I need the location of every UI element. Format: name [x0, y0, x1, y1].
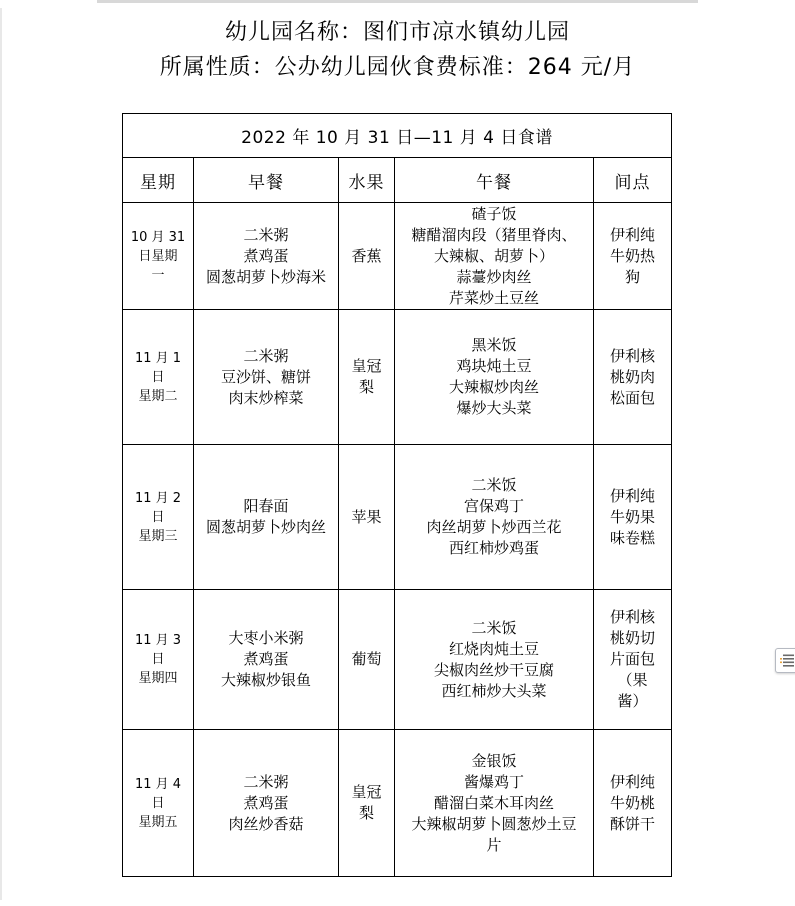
- cell-date: 11 月 4 日 星期五: [123, 730, 194, 877]
- col-header-weekday: 星期: [123, 158, 194, 203]
- cell-snack: 伊利核桃奶肉松面包: [594, 310, 672, 445]
- cell-snack: 伊利纯牛奶桃酥饼干: [594, 730, 672, 877]
- col-header-lunch: 午餐: [395, 158, 594, 203]
- cell-date: 11 月 3 日 星期四: [123, 590, 194, 730]
- cell-lunch: 二米饭 红烧肉炖土豆 尖椒肉丝炒干豆腐 西红柿炒大头菜: [395, 590, 594, 730]
- cell-date: 10 月 31 日星期 一: [123, 203, 194, 310]
- document-header: 幼儿园名称：图们市凉水镇幼儿园 所属性质：公办幼儿园伙食费标准：264 元/月: [0, 15, 795, 85]
- cell-lunch: 金银饭 酱爆鸡丁 醋溜白菜木耳肉丝 大辣椒胡萝卜圆葱炒土豆片: [395, 730, 594, 877]
- cell-fruit: 苹果: [339, 445, 395, 590]
- page-edge-artifact-left: [0, 8, 2, 900]
- cell-snack: 伊利纯牛奶热狗: [594, 203, 672, 310]
- cell-breakfast: 大枣小米粥 煮鸡蛋 大辣椒炒银鱼: [194, 590, 339, 730]
- menu-row: 11 月 4 日 星期五 二米粥 煮鸡蛋 肉丝炒香菇 皇冠梨 金银饭 酱爆鸡丁 …: [123, 730, 672, 877]
- menu-row: 11 月 3 日 星期四 大枣小米粥 煮鸡蛋 大辣椒炒银鱼 葡萄 二米饭 红烧肉…: [123, 590, 672, 730]
- cell-breakfast: 二米粥 豆沙饼、糖饼 肉末炒榨菜: [194, 310, 339, 445]
- cell-lunch: 碴子饭 糖醋溜肉段（猪里脊肉、大辣椒、胡萝卜） 蒜薹炒肉丝 芹菜炒土豆丝: [395, 203, 594, 310]
- cell-date: 11 月 1 日 星期二: [123, 310, 194, 445]
- menu-row: 10 月 31 日星期 一 二米粥 煮鸡蛋 圆葱胡萝卜炒海米 香蕉 碴子饭 糖醋…: [123, 203, 672, 310]
- document-page: 幼儿园名称：图们市凉水镇幼儿园 所属性质：公办幼儿园伙食费标准：264 元/月 …: [0, 0, 795, 906]
- cell-snack: 伊利核桃奶切片面包（果酱）: [594, 590, 672, 730]
- table-header-row: 星期 早餐 水果 午餐 间点: [123, 158, 672, 203]
- menu-row: 11 月 2 日 星期三 阳春面 圆葱胡萝卜炒肉丝 苹果 二米饭 宫保鸡丁 肉丝…: [123, 445, 672, 590]
- cell-breakfast: 二米粥 煮鸡蛋 圆葱胡萝卜炒海米: [194, 203, 339, 310]
- table-title-row: 2022 年 10 月 31 日—11 月 4 日食谱: [123, 114, 672, 158]
- cell-lunch: 二米饭 宫保鸡丁 肉丝胡萝卜炒西兰花 西红柿炒鸡蛋: [395, 445, 594, 590]
- weekly-menu-table: 2022 年 10 月 31 日—11 月 4 日食谱 星期 早餐 水果 午餐 …: [122, 113, 672, 877]
- menu-row: 11 月 1 日 星期二 二米粥 豆沙饼、糖饼 肉末炒榨菜 皇冠梨 黑米饭 鸡块…: [123, 310, 672, 445]
- cell-breakfast: 阳春面 圆葱胡萝卜炒肉丝: [194, 445, 339, 590]
- col-header-breakfast: 早餐: [194, 158, 339, 203]
- cell-fruit: 香蕉: [339, 203, 395, 310]
- cell-fruit: 皇冠梨: [339, 730, 395, 877]
- cell-snack: 伊利纯牛奶果味卷糕: [594, 445, 672, 590]
- cell-fruit: 葡萄: [339, 590, 395, 730]
- cell-fruit: 皇冠梨: [339, 310, 395, 445]
- kindergarten-name-line: 幼儿园名称：图们市凉水镇幼儿园: [0, 15, 795, 50]
- col-header-fruit: 水果: [339, 158, 395, 203]
- col-header-snack: 间点: [594, 158, 672, 203]
- annotations-icon: [780, 653, 795, 668]
- page-edge-artifact-top: [97, 0, 698, 3]
- table-title: 2022 年 10 月 31 日—11 月 4 日食谱: [123, 114, 672, 158]
- cell-lunch: 黑米饭 鸡块炖土豆 大辣椒炒肉丝 爆炒大头菜: [395, 310, 594, 445]
- side-panel-flyout-button[interactable]: [775, 648, 795, 673]
- menu-table-body: 2022 年 10 月 31 日—11 月 4 日食谱 星期 早餐 水果 午餐 …: [123, 114, 672, 877]
- ownership-fee-line: 所属性质：公办幼儿园伙食费标准：264 元/月: [0, 50, 795, 85]
- cell-date: 11 月 2 日 星期三: [123, 445, 194, 590]
- cell-breakfast: 二米粥 煮鸡蛋 肉丝炒香菇: [194, 730, 339, 877]
